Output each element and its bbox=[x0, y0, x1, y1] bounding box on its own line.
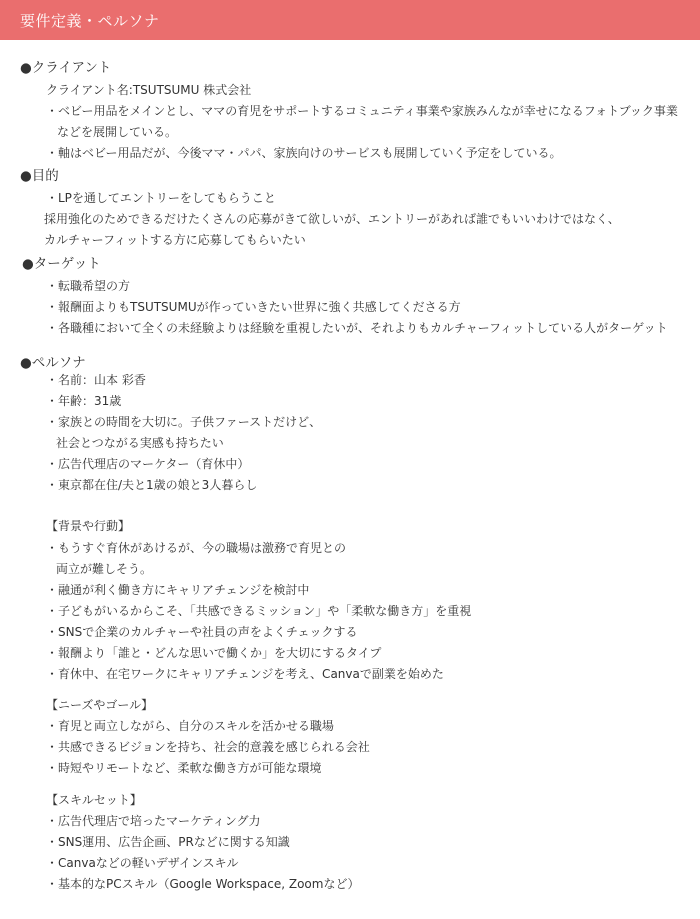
section-heading-persona: ●ペルソナ bbox=[20, 354, 86, 372]
purpose-item: ・LPを通してエントリーをしてもらうこと bbox=[46, 190, 276, 206]
client-item: ・ベビー用品をメインとし、ママの育児をサポートするコミュニティ事業や家族みんなが… bbox=[46, 103, 678, 119]
persona-needs-item: ・時短やリモートなど、柔軟な働き方が可能な環境 bbox=[46, 760, 322, 776]
client-item: ・軸はベビー用品だが、今後ママ・パパ、家族向けのサービスも展開していく予定をして… bbox=[46, 145, 562, 161]
client-item: などを展開している。 bbox=[57, 124, 177, 140]
section-heading-client: ●クライアント bbox=[20, 59, 111, 77]
persona-background-item: ・もうすぐ育休があけるが、今の職場は激務で育児との bbox=[46, 540, 346, 556]
persona-profile-item: ・広告代理店のマーケター（育休中） bbox=[46, 456, 249, 472]
persona-skills-item: ・広告代理店で培ったマーケティング力 bbox=[46, 813, 261, 829]
target-item: ・転職希望の方 bbox=[46, 278, 130, 294]
persona-background-label: 【背景や行動】 bbox=[46, 518, 130, 534]
persona-profile-item: ・東京都在住/夫と1歳の娘と3人暮らし bbox=[46, 477, 257, 493]
target-item: ・各職種において全くの未経験よりは経験を重視したいが、それよりもカルチャーフィッ… bbox=[46, 320, 668, 336]
persona-background-item: 両立が難しそう。 bbox=[56, 561, 152, 577]
persona-skills-item: ・基本的なPCスキル（Google Workspace, Zoomなど） bbox=[46, 876, 359, 892]
persona-background-item: ・育休中、在宅ワークにキャリアチェンジを考え、Canvaで副業を始めた bbox=[46, 666, 444, 682]
persona-needs-item: ・共感できるビジョンを持ち、社会的意義を感じられる会社 bbox=[46, 739, 370, 755]
persona-background-item: ・子どもがいるからこそ、「共感できるミッション」や「柔軟な働き方」を重視 bbox=[46, 603, 471, 619]
persona-background-item: ・SNSで企業のカルチャーや社員の声をよくチェックする bbox=[46, 624, 358, 640]
persona-needs-item: ・育児と両立しながら、自分のスキルを活かせる職場 bbox=[46, 718, 334, 734]
purpose-item: 採用強化のためできるだけたくさんの応募がきて欲しいが、エントリーがあれば誰でもい… bbox=[44, 211, 620, 227]
persona-profile-item: ・年齢：31歳 bbox=[46, 393, 121, 409]
page-header: 要件定義・ペルソナ bbox=[0, 0, 700, 40]
persona-skills-label: 【スキルセット】 bbox=[46, 792, 142, 808]
persona-profile-item: ・名前：山本 彩香 bbox=[46, 372, 146, 388]
persona-profile-item: ・家族との時間を大切に。子供ファーストだけど、 bbox=[46, 414, 321, 430]
page-title: 要件定義・ペルソナ bbox=[20, 10, 160, 31]
purpose-item: カルチャーフィットする方に応募してもらいたい bbox=[44, 232, 306, 248]
target-item: ・報酬面よりもTSUTSUMUが作っていきたい世界に強く共感してくださる方 bbox=[46, 299, 461, 315]
persona-background-item: ・報酬より「誰と・どんな思いで働くか」を大切にするタイプ bbox=[46, 645, 381, 661]
section-heading-purpose: ●目的 bbox=[20, 167, 59, 185]
client-name: クライアント名:TSUTSUMU 株式会社 bbox=[46, 82, 251, 98]
persona-skills-item: ・SNS運用、広告企画、PRなどに関する知識 bbox=[46, 834, 290, 850]
persona-needs-label: 【ニーズやゴール】 bbox=[46, 697, 153, 713]
persona-skills-item: ・Canvaなどの軽いデザインスキル bbox=[46, 855, 238, 871]
persona-profile-item: 社会とつながる実感も持ちたい bbox=[56, 435, 224, 451]
persona-background-item: ・融通が利く働き方にキャリアチェンジを検討中 bbox=[46, 582, 309, 598]
section-heading-target: ●ターゲット bbox=[22, 255, 101, 273]
